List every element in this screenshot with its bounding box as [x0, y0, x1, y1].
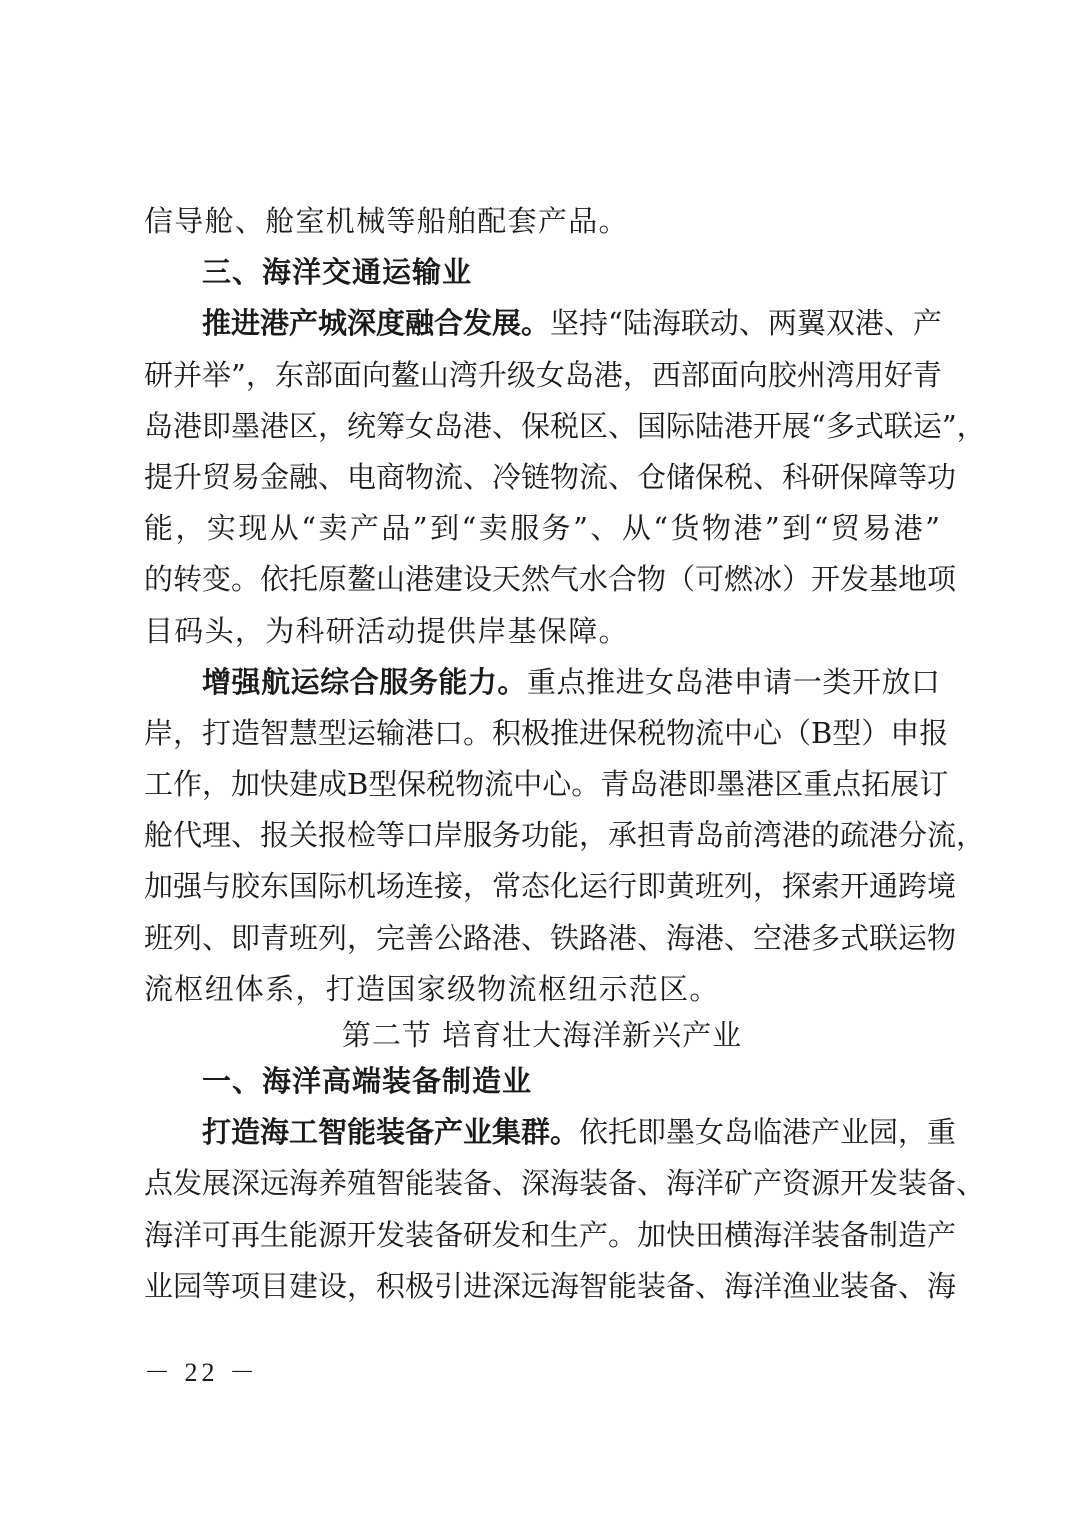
document-page: 信导舱、舱室机械等船舶配套产品。 三、海洋交通运输业 推进港产城深度融合发展。坚… — [0, 0, 1074, 1520]
text-line: 增强航运综合服务能力。重点推进女岛港申请一类开放口 — [144, 657, 940, 708]
text-line: 打造海工智能装备产业集群。依托即墨女岛临港产业园，重 — [144, 1107, 940, 1158]
page-number: － 22 － — [144, 1352, 259, 1389]
subsection-heading-maritime-transport: 三、海洋交通运输业 — [144, 247, 940, 298]
text-line: 加强与胶东国际机场连接，常态化运行即黄班列，探索开通跨境 — [144, 861, 940, 912]
text-line: 岸，打造智慧型运输港口。积极推进保税物流中心（B型）申报 — [144, 708, 940, 759]
text-line: 海洋可再生能源开发装备研发和生产。加快田横海洋装备制造产 — [144, 1210, 940, 1261]
paragraph-shipping-services: 增强航运综合服务能力。重点推进女岛港申请一类开放口 岸，打造智慧型运输港口。积极… — [144, 657, 940, 1015]
text-line: 推进港产城深度融合发展。坚持“陆海联动、两翼双港、产 — [144, 298, 940, 349]
paragraph-lead: 增强航运综合服务能力。 — [202, 665, 527, 699]
text-line: 提升贸易金融、电商物流、冷链物流、仓储保税、科研保障等功 — [144, 452, 940, 503]
text-line: 工作，加快建成B型保税物流中心。青岛港即墨港区重点拓展订 — [144, 759, 940, 810]
text-line: 信导舱、舱室机械等船舶配套产品。 — [144, 196, 940, 247]
text-line: 能，实现从“卖产品”到“卖服务”、从“货物港”到“贸易港” — [144, 503, 940, 554]
section-title: 第二节 培育壮大海洋新兴产业 — [144, 1015, 940, 1056]
text-run: 重点推进女岛港申请一类开放口 — [527, 665, 940, 699]
text-line: 舱代理、报关报检等口岸服务功能，承担青岛前湾港的疏港分流， — [144, 810, 940, 861]
text-line: 研并举”，东部面向鳌山湾升级女岛港，西部面向胶州湾用好青 — [144, 350, 940, 401]
paragraph-lead: 打造海工智能装备产业集群。 — [202, 1115, 579, 1149]
text-line: 流枢纽体系，打造国家级物流枢纽示范区。 — [144, 964, 940, 1015]
text-line: 岛港即墨港区，统筹女岛港、保税区、国际陆港开展“多式联运”， — [144, 401, 940, 452]
paragraph-lead: 推进港产城深度融合发展。 — [202, 306, 550, 340]
text-run: 依托即墨女岛临港产业园，重 — [579, 1115, 956, 1149]
text-line: 的转变。依托原鳌山港建设天然气水合物（可燃冰）开发基地项 — [144, 554, 940, 605]
document-body: 信导舱、舱室机械等船舶配套产品。 三、海洋交通运输业 推进港产城深度融合发展。坚… — [144, 196, 940, 1312]
text-line: 目码头，为科研活动提供岸基保障。 — [144, 606, 940, 657]
subsection-heading-marine-equipment: 一、海洋高端装备制造业 — [144, 1056, 940, 1107]
paragraph-port-city-integration: 推进港产城深度融合发展。坚持“陆海联动、两翼双港、产 研并举”，东部面向鳌山湾升… — [144, 298, 940, 656]
paragraph-smart-equipment-cluster: 打造海工智能装备产业集群。依托即墨女岛临港产业园，重 点发展深远海养殖智能装备、… — [144, 1107, 940, 1312]
text-run: 坚持“陆海联动、两翼双港、产 — [550, 306, 942, 340]
text-line: 业园等项目建设，积极引进深远海智能装备、海洋渔业装备、海 — [144, 1261, 940, 1312]
text-line: 点发展深远海养殖智能装备、深海装备、海洋矿产资源开发装备、 — [144, 1158, 940, 1209]
text-line: 班列、即青班列，完善公路港、铁路港、海港、空港多式联运物 — [144, 913, 940, 964]
